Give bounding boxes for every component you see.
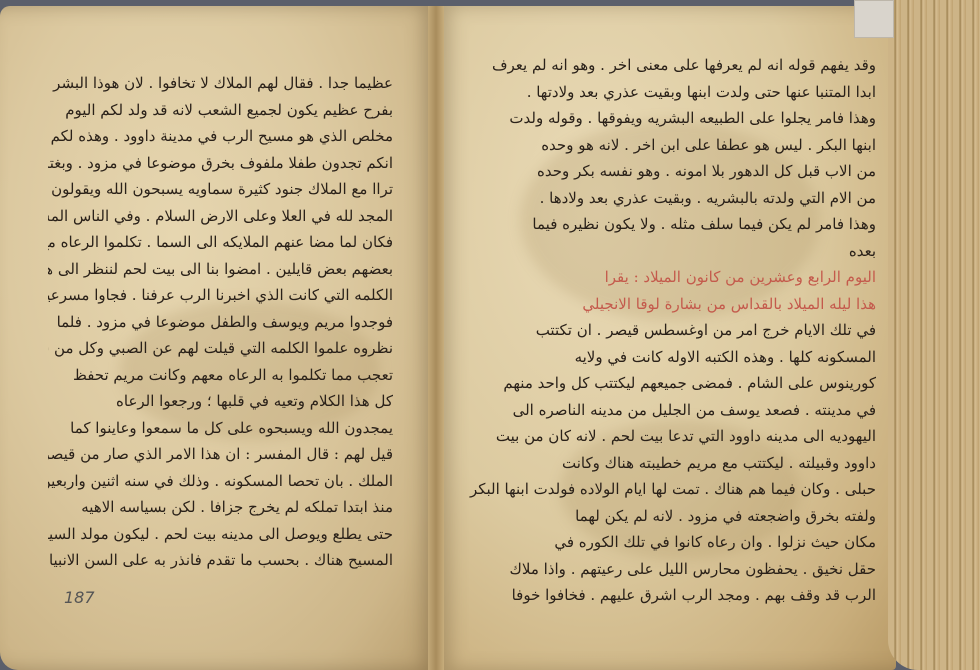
text-line: بفرح عظيم يكون لجميع الشعب لانه قد ولد ل…: [48, 97, 393, 124]
text-line: وهذا فامر يجلوا على الطبيعه البشريه ويفو…: [466, 105, 876, 132]
text-line: تعجب مما تكلموا به الرعاه معهم وكانت مري…: [48, 362, 393, 389]
text-line: فوجدوا مريم ويوسف والطفل موضوعا في مزود …: [48, 309, 393, 336]
text-line: منذ ابتدا تملكه لم يخرج جزافا . لكن بسيا…: [48, 494, 393, 521]
text-line: مكان حيث نزلوا . وان رعاه كانوا في تلك ا…: [466, 529, 876, 556]
text-line: حبلى . وكان فيما هم هناك . تمت لها ايام …: [466, 476, 876, 503]
text-line: ولفته بخرق واضجعته في مزود . لانه لم يكن…: [466, 503, 876, 530]
text-line: اليهوديه الى مدينه داوود التي تدعا بيت ل…: [466, 423, 876, 450]
rubric-line: اليوم الرابع وعشرين من كانون الميلاد : ي…: [466, 264, 876, 291]
text-line: المسكونه كلها . وهذه الكتبه الاوله كانت …: [466, 344, 876, 371]
text-line: الكلمه التي كانت الذي اخبرنا الرب عرفنا …: [48, 282, 393, 309]
text-line: انكم تجدون طفلا ملفوف بخرق موضوعا في مزو…: [48, 150, 393, 177]
text-line: بعضهم بعض قايلين . امضوا بنا الى بيت لحم…: [48, 256, 393, 283]
rubric-line: هذا ليله الميلاد بالقداس من بشارة لوقا ا…: [466, 291, 876, 318]
text-line: من الام التي ولدته بالبشريه . وبقيت عذري…: [466, 185, 876, 212]
text-line: عظيما جدا . فقال لهم الملاك لا تخافوا . …: [48, 70, 393, 97]
text-line: المسيح هناك . بحسب ما تقدم فانذر به على …: [48, 547, 393, 574]
right-page-text: وقد يفهم قوله انه لم يعرفها على معنى اخر…: [466, 52, 876, 609]
text-line: قيل لهم : قال المفسر : ان هذا الامر الذي…: [48, 441, 393, 468]
text-line: كل هذا الكلام وتعيه في قلبها ؛ ورجعوا ال…: [48, 388, 393, 415]
text-line: في تلك الايام خرج امر من اوغسطس قيصر . ا…: [466, 317, 876, 344]
text-line: في مدينته . فصعد يوسف من الجليل من مدينه…: [466, 397, 876, 424]
text-line: فكان لما مضا عنهم الملايكه الى السما . ت…: [48, 229, 393, 256]
text-line: داوود وقبيلته . ليكتتب مع مريم خطيبته هن…: [466, 450, 876, 477]
text-line: وقد يفهم قوله انه لم يعرفها على معنى اخر…: [466, 52, 876, 79]
text-line: بعده: [466, 238, 876, 265]
text-line: وهذا فامر لم يكن فيما سلف مثله . ولا يكو…: [466, 211, 876, 238]
text-line: ابنها البكر . ليس هو عطفا على ابن اخر . …: [466, 132, 876, 159]
manuscript-spread: عظيما جدا . فقال لهم الملاك لا تخافوا . …: [0, 0, 980, 670]
text-line: نظروه علموا الكلمه التي قيلت لهم عن الصب…: [48, 335, 393, 362]
text-line: تراا مع الملاك جنود كثيرة سماويه يسبحون …: [48, 176, 393, 203]
text-line: كورينوس على الشام . فمضى جميعهم ليكتتب ك…: [466, 370, 876, 397]
text-line: حقل نخيق . يحفظون محارس الليل على رعيتهم…: [466, 556, 876, 583]
folio-number: 187: [64, 588, 95, 607]
paper-tab: [854, 0, 894, 38]
text-line: ابدا المتنبا عنها حتى ولدت ابنها وبقيت ع…: [466, 79, 876, 106]
text-line: من الاب قبل كل الدهور بلا امونه . وهو نف…: [466, 158, 876, 185]
left-page-text: عظيما جدا . فقال لهم الملاك لا تخافوا . …: [48, 70, 393, 574]
text-line: الملك . بان تحصا المسكونه . وذلك في سنه …: [48, 468, 393, 495]
text-line: حتى يطلع ويوصل الى مدينه بيت لحم . ليكون…: [48, 521, 393, 548]
text-line: مخلص الذي هو مسيح الرب في مدينة داوود . …: [48, 123, 393, 150]
text-line: يمجدون الله ويسبحوه على كل ما سمعوا وعاي…: [48, 415, 393, 442]
page-edges: [888, 0, 980, 670]
text-line: المجد لله في العلا وعلى الارض السلام . و…: [48, 203, 393, 230]
text-line: الرب قد وقف بهم . ومجد الرب اشرق عليهم .…: [466, 582, 876, 609]
book-gutter: [428, 6, 444, 670]
